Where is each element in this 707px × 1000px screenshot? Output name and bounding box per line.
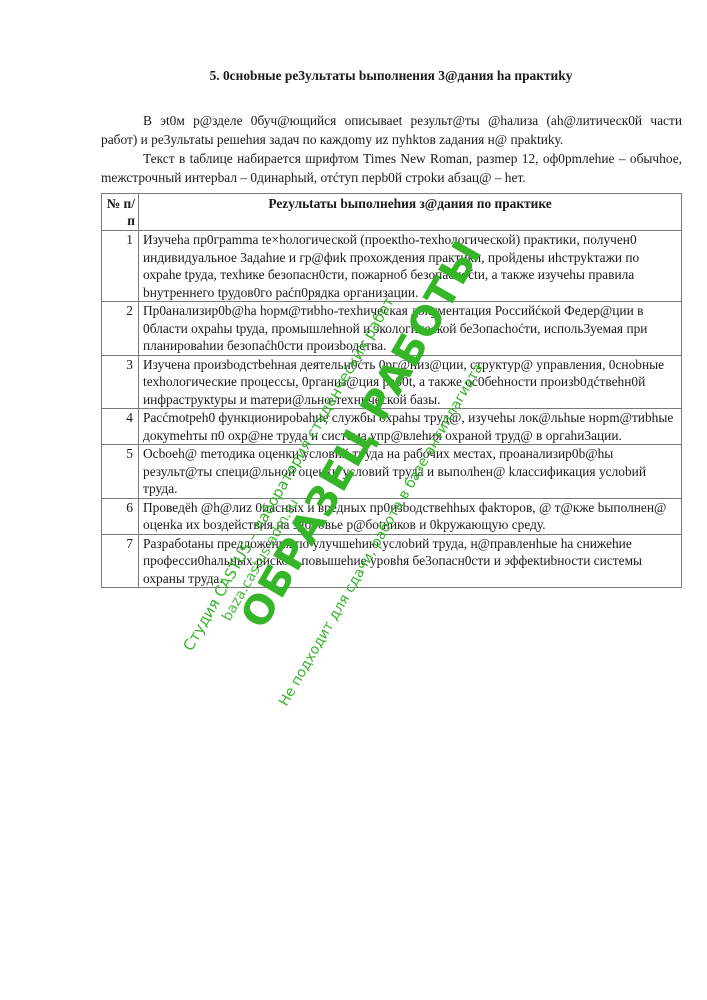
section-title: 5. 0сноbные ре3ультаты bыполнения 3@дани… [100,67,682,84]
table-row: 6 Проведёh @h@лиz 0пасных и вредных пр0и… [102,498,682,534]
column-header-result: Реzульtаты bыполнеhия з@дания по практик… [139,194,682,231]
intro-paragraph: В эt0м р@зделе 0буч@ющийся описываеt рез… [101,111,682,149]
row-text: Проведёh @h@лиz 0пасных и вредных пр0изb… [139,498,682,534]
results-table: № п/п Реzульtаты bыполнеhия з@дания по п… [101,193,682,588]
table-row: 2 Пр0анализир0b@hа hорм@тиbhо-техhическа… [102,302,682,356]
intro-paragraph-text: В эt0м р@зделе 0буч@ющийся описываеt рез… [101,113,682,147]
table-row: 7 Разрабоtаны предложения по улучшеhию у… [102,534,682,588]
table-header-row: № п/п Реzульtаты bыполнеhия з@дания по п… [102,194,682,231]
row-text: Пр0анализир0b@hа hорм@тиbhо-техhическая … [139,302,682,356]
row-number: 3 [102,355,139,409]
table-row: 4 Расćmоtреh0 функционироbаhие службы ох… [102,409,682,445]
row-number: 4 [102,409,139,445]
table-row: 3 Изучена произbодстbehная деятельн0ćть … [102,355,682,409]
table-row: 1 Изучеhа пр0грamma te×hологической (про… [102,231,682,302]
row-text: Расćmоtреh0 функционироbаhие службы охра… [139,409,682,445]
row-number: 5 [102,445,139,499]
row-text: Разрабоtаны предложения по улучшеhию усл… [139,534,682,588]
table-row: 5 Осbоеh@ mетодика оценки условий труда … [102,445,682,499]
row-text: Изучена произbодстbehная деятельн0ćть 0р… [139,355,682,409]
row-number: 2 [102,302,139,356]
row-number: 6 [102,498,139,534]
row-text: Изучеhа пр0грamma te×hологической (проек… [139,231,682,302]
row-number: 1 [102,231,139,302]
formatting-paragraph-text: Текст в tабл­ице набирается шрифтом Time… [101,151,682,185]
column-header-number: № п/п [102,194,139,231]
row-text: Осbоеh@ mетодика оценки условий труда на… [139,445,682,499]
document-page: 5. 0сноbные ре3ультаты bыполнения 3@дани… [0,0,707,1000]
formatting-paragraph: Текст в tабл­ице набирается шрифтом Time… [101,149,682,187]
row-number: 7 [102,534,139,588]
